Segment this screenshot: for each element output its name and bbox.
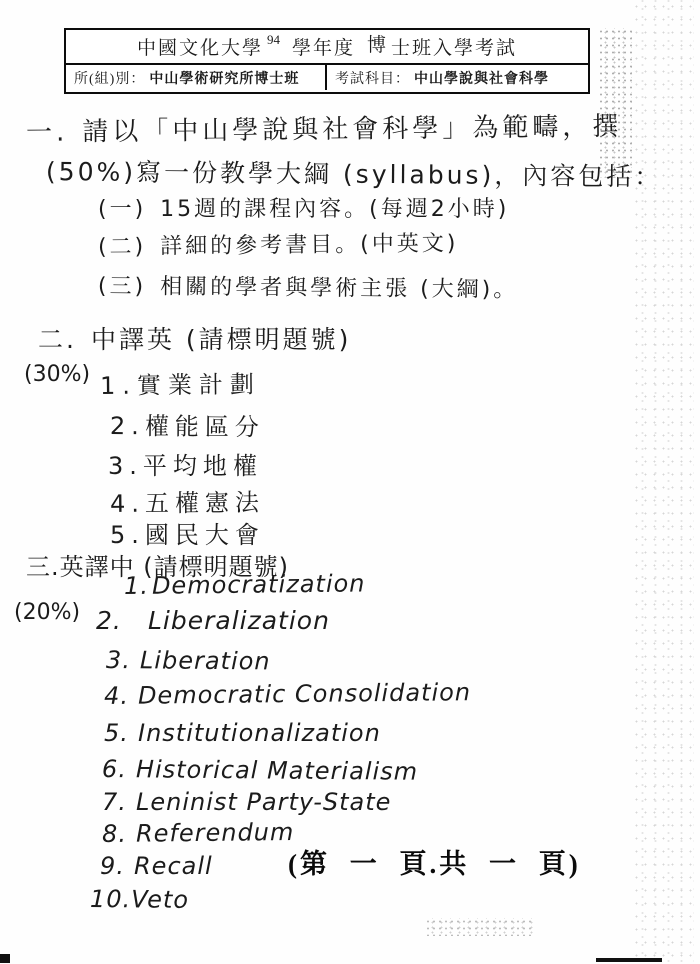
q2-item-1-num: 1. [100, 372, 137, 400]
q1-subitem-1: (一)15週的課程內容。(每週2小時) [98, 192, 509, 223]
subject-value: 中山學說與社會科學 [414, 68, 549, 88]
university-name: 中國文化大學 [137, 33, 263, 60]
q3-item-9-text: Recall [134, 852, 213, 880]
scan-noise-cluster-header [598, 28, 632, 178]
q2-item-5: 5.國民大會 [110, 515, 265, 550]
department-cell: 所(組)別： 中山學術研究所博士班 [66, 68, 325, 88]
question-2-number: 二. [38, 325, 77, 354]
q1-subitem-2-text: 詳細的參考書目。(中英文) [160, 231, 458, 259]
scanned-exam-page: 中國文化大學 94 學年度 博 士班入學考試 所(組)別： 中山學術研究所博士班… [0, 0, 700, 964]
exam-title-rest: 士班入學考試 [391, 33, 517, 60]
scan-noise-cluster-bottom [425, 918, 535, 936]
question-3-score: (20%) [14, 600, 80, 625]
q3-item-2-text: Liberalization [148, 606, 330, 635]
q1-subitem-3-marker: (三) [98, 274, 146, 299]
q1-subitem-2: (二)詳細的參考書目。(中英文) [98, 226, 459, 261]
academic-year: 94 [267, 32, 280, 48]
scan-mark-bottom-right [596, 958, 662, 962]
page-number-note: (第 一 頁.共 一 頁) [288, 842, 581, 881]
q3-item-8: 8.Referendum [102, 818, 295, 848]
question-1-score: (50%) [46, 157, 136, 187]
q3-item-4-text: Democratic Consolidation [138, 678, 471, 709]
q1-subitem-2-marker: (二) [98, 234, 146, 260]
q2-item-5-text: 國民大會 [145, 521, 265, 549]
question-1-intro-line2-text: 寫一份教學大綱 (syllabus)，內容包括： [136, 158, 662, 192]
q3-item-6-num: 6. [102, 755, 136, 783]
q2-item-5-num: 5. [110, 521, 145, 549]
q2-item-3-text: 平均地權 [143, 452, 263, 480]
q3-item-1: 1.Democratization [124, 569, 366, 600]
q3-item-7: 7.Leninist Party-State [102, 788, 391, 816]
q1-subitem-3-text: 相關的學者與學術主張 (大綱)。 [160, 275, 518, 303]
q3-item-7-num: 7. [102, 788, 136, 816]
question-1-intro-line1: 請以「中山學說與社會科學」為範疇，撰 [82, 112, 622, 148]
question-1-number: 一. [26, 118, 69, 148]
q3-item-1-num: 1. [124, 572, 152, 600]
q3-item-9: 9.Recall [100, 852, 213, 880]
question-2-score: (30%) [24, 362, 90, 387]
question-1-heading-line: 一.請以「中山學說與社會科學」為範疇，撰 [26, 106, 623, 149]
q3-item-10: 10.Veto [90, 885, 189, 914]
q3-item-9-num: 9. [100, 852, 134, 880]
department-value: 中山學術研究所博士班 [149, 68, 299, 88]
exam-info-row: 所(組)別： 中山學術研究所博士班 考試科目： 中山學說與社會科學 [66, 63, 588, 90]
subject-cell: 考試科目： 中山學說與社會科學 [325, 65, 588, 90]
q2-item-4-text: 五權憲法 [145, 488, 265, 517]
q3-item-10-num: 10. [90, 885, 131, 913]
q3-item-10-text: Veto [131, 885, 189, 914]
question-2-title: 中譯英 (請標明題號) [91, 325, 351, 354]
q2-item-2-text: 權能區分 [145, 412, 265, 441]
q2-item-3: 3.平均地權 [108, 446, 263, 481]
q2-item-2-num: 2. [110, 412, 145, 440]
scan-mark-bottom-left [0, 954, 10, 963]
q3-item-6-text: Historical Materialism [136, 755, 418, 785]
q3-item-6: 6.Historical Materialism [102, 755, 418, 786]
q3-item-8-num: 8. [102, 820, 136, 848]
question-2-heading: 二.中譯英 (請標明題號) [38, 320, 351, 356]
subject-label: 考試科目： [335, 68, 410, 88]
year-label: 學年度 [292, 33, 355, 60]
q3-item-5: 5.Institutionalization [104, 719, 381, 747]
q3-item-3: 3.Liberation [106, 646, 271, 675]
degree-level: 博 [367, 30, 388, 57]
q3-item-3-text: Liberation [140, 646, 271, 675]
question-1-intro-line2: (50%)寫一份教學大綱 (syllabus)，內容包括： [46, 152, 663, 193]
q2-item-2: 2.權能區分 [110, 406, 265, 442]
q2-item-4-num: 4. [110, 490, 145, 518]
q1-subitem-1-marker: (一) [98, 197, 146, 222]
q3-item-4-num: 4. [104, 682, 138, 710]
q3-item-5-text: Institutionalization [138, 719, 381, 747]
q3-item-7-text: Leninist Party-State [136, 788, 391, 816]
q3-item-4: 4.Democratic Consolidation [104, 678, 471, 710]
exam-title-row: 中國文化大學 94 學年度 博 士班入學考試 [66, 30, 588, 63]
q3-item-5-num: 5. [104, 719, 138, 747]
q2-item-1-text: 實業計劃 [137, 370, 261, 399]
q3-item-3-num: 3. [106, 646, 140, 674]
q3-item-1-text: Democratization [152, 569, 366, 599]
q3-item-2-num: 2. [96, 606, 148, 635]
department-label: 所(組)別： [74, 68, 145, 88]
q1-subitem-1-text: 15週的課程內容。(每週2小時) [160, 197, 509, 222]
question-3-number: 三. [26, 553, 60, 581]
q2-item-3-num: 3. [108, 452, 143, 480]
q3-item-2: 2.Liberalization [96, 606, 330, 635]
q3-item-8-text: Referendum [136, 818, 295, 848]
scan-noise-band [632, 0, 694, 964]
q2-item-4: 4.五權憲法 [110, 482, 265, 519]
q1-subitem-3: (三)相關的學者與學術主張 (大綱)。 [98, 269, 519, 304]
q2-item-1: 1.實業計劃 [100, 364, 261, 401]
exam-header-table: 中國文化大學 94 學年度 博 士班入學考試 所(組)別： 中山學術研究所博士班… [64, 28, 590, 94]
